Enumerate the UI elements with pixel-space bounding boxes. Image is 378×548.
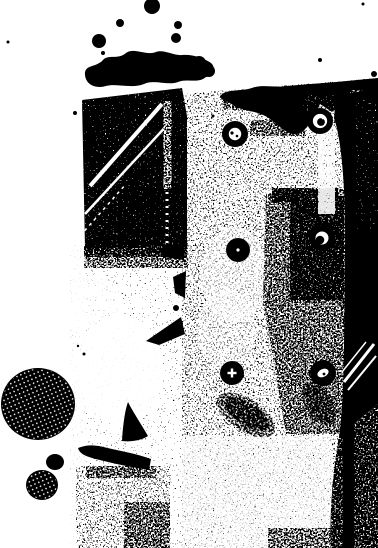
splatter-dot — [92, 34, 106, 48]
ink-blob-large — [1, 368, 75, 440]
screw-bottom-left — [220, 361, 244, 385]
screw-top-left — [222, 121, 248, 147]
ink-mass-lobe — [203, 65, 215, 77]
splatter-dot — [371, 71, 377, 77]
panel-light-patch — [196, 290, 256, 370]
screw-middle-right — [309, 225, 335, 251]
splatter-dot — [73, 111, 77, 115]
splatter-dot — [362, 3, 365, 6]
splatter-dot — [174, 21, 182, 29]
ink-blob-small — [46, 454, 64, 470]
splatter-dot — [83, 353, 86, 356]
splatter-dot — [164, 77, 170, 83]
splatter-dot — [101, 51, 105, 55]
window-opening — [80, 88, 188, 268]
splatter-dot — [77, 345, 79, 347]
photo-svg — [0, 0, 378, 548]
dithered-photo: High-contrast 1-bit dithered black and w… — [0, 0, 378, 548]
strip-right-specks — [356, 100, 378, 230]
band-fringe — [250, 120, 305, 136]
wedge-dot — [173, 305, 179, 311]
ink-blob-medium — [26, 470, 58, 500]
strip-left-gap-specks — [318, 126, 335, 214]
band-fringe — [222, 98, 252, 110]
splatter-dot — [116, 19, 124, 27]
stroke-fringe — [86, 466, 156, 478]
screw-top-right — [307, 108, 333, 134]
splatter-dot — [7, 41, 10, 44]
splatter-dot — [318, 58, 322, 62]
bottom-edge-ticks — [268, 528, 332, 548]
strip-ragged-top — [334, 84, 378, 96]
screw-bottom-right — [310, 360, 336, 386]
window-edge-highlight-specks — [164, 101, 172, 189]
strip-bottom-right-speckle — [354, 404, 378, 548]
splatter-dot — [171, 33, 181, 43]
floor-dark-cluster — [124, 502, 170, 548]
window-bottom-dissolve-light — [84, 257, 188, 268]
screw-middle-left — [226, 238, 250, 262]
strip-bottom-perforation — [331, 436, 343, 548]
splatter-dot — [212, 115, 215, 118]
